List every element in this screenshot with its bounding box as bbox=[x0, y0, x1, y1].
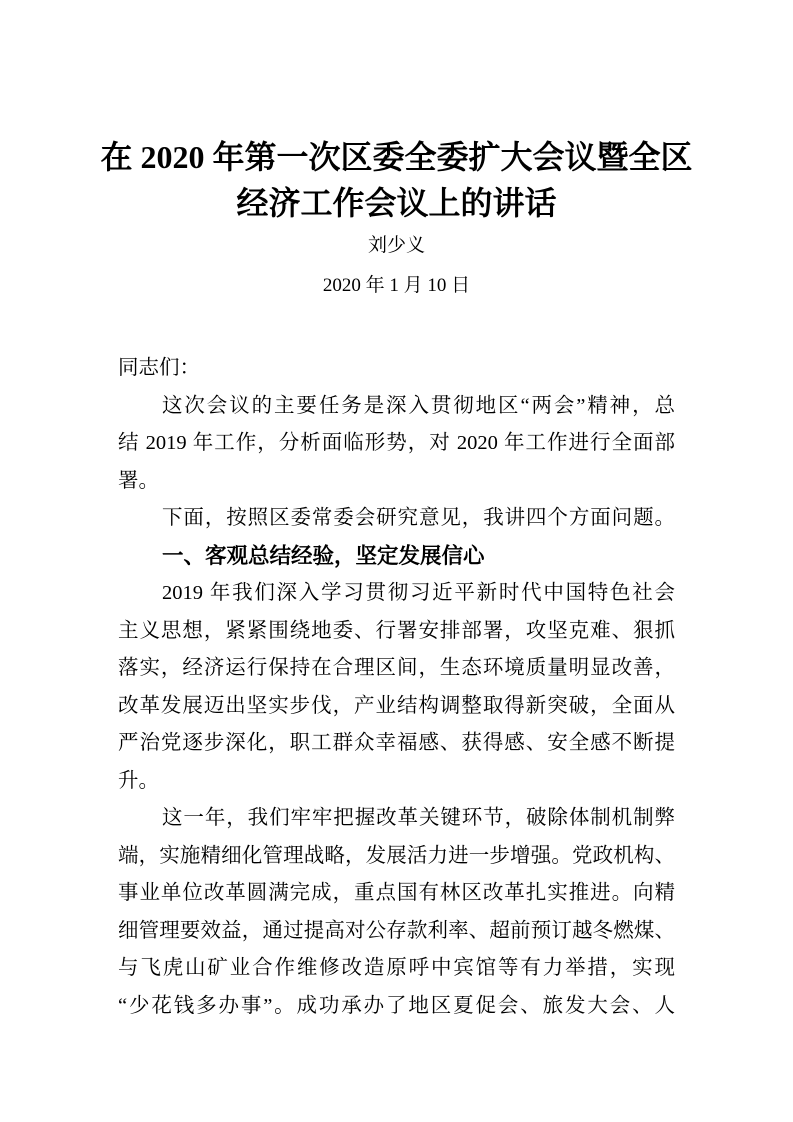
document-date: 2020 年 1 月 10 日 bbox=[118, 272, 675, 299]
title-line-2: 经济工作会议上的讲话 bbox=[84, 180, 709, 226]
paragraph: 下面，按照区委常委会研究意见，我讲四个方面问题。 bbox=[118, 500, 675, 538]
paragraph: 这一年，我们牢牢把握改革关键环节，破除体制机制弊端，实施精细化管理战略，发展活力… bbox=[118, 800, 675, 1025]
text-line: 细管理要效益，通过提高对公存款利率、超前预订越冬燃煤、 bbox=[118, 913, 675, 951]
document-content: 在 2020 年第一次区委全委扩大会议暨全区 经济工作会议上的讲话 刘少义 20… bbox=[0, 134, 793, 1025]
text-line: 同志们： bbox=[118, 350, 675, 388]
text-line: 落实，经济运行保持在合理区间，生态环境质量明显改善， bbox=[118, 650, 675, 688]
section-heading: 一、客观总结经验，坚定发展信心 bbox=[118, 538, 675, 576]
paragraph: 这次会议的主要任务是深入贯彻地区“两会”精神，总结 2019 年工作，分析面临形… bbox=[118, 388, 675, 501]
document-header: 在 2020 年第一次区委全委扩大会议暨全区 经济工作会议上的讲话 刘少义 20… bbox=[118, 134, 675, 299]
text-line: 事业单位改革圆满完成，重点国有林区改革扎实推进。向精 bbox=[118, 875, 675, 913]
text-line: 端，实施精细化管理战略，发展活力进一步增强。党政机构、 bbox=[118, 838, 675, 876]
text-line: 一、客观总结经验，坚定发展信心 bbox=[118, 538, 675, 576]
text-line: 改革发展迈出坚实步伐，产业结构调整取得新突破，全面从 bbox=[118, 688, 675, 726]
text-line: 与飞虎山矿业合作维修改造原呼中宾馆等有力举措，实现 bbox=[118, 950, 675, 988]
text-line: 署。 bbox=[118, 463, 675, 501]
text-line: 结 2019 年工作，分析面临形势，对 2020 年工作进行全面部 bbox=[118, 425, 675, 463]
document-title: 在 2020 年第一次区委全委扩大会议暨全区 经济工作会议上的讲话 bbox=[84, 134, 709, 226]
document-body: 同志们：这次会议的主要任务是深入贯彻地区“两会”精神，总结 2019 年工作，分… bbox=[118, 350, 675, 1025]
text-line: 这次会议的主要任务是深入贯彻地区“两会”精神，总 bbox=[118, 388, 675, 426]
paragraph: 2019 年我们深入学习贯彻习近平新时代中国特色社会主义思想，紧紧围绕地委、行署… bbox=[118, 575, 675, 800]
paragraph: 同志们： bbox=[118, 350, 675, 388]
text-line: 主义思想，紧紧围绕地委、行署安排部署，攻坚克难、狠抓 bbox=[118, 613, 675, 651]
text-line: 下面，按照区委常委会研究意见，我讲四个方面问题。 bbox=[118, 500, 675, 538]
text-line: “少花钱多办事”。成功承办了地区夏促会、旅发大会、人 bbox=[118, 988, 675, 1026]
text-line: 这一年，我们牢牢把握改革关键环节，破除体制机制弊 bbox=[118, 800, 675, 838]
text-line: 2019 年我们深入学习贯彻习近平新时代中国特色社会 bbox=[118, 575, 675, 613]
author-name: 刘少义 bbox=[118, 233, 675, 259]
text-line: 升。 bbox=[118, 763, 675, 801]
text-line: 严治党逐步深化，职工群众幸福感、获得感、安全感不断提 bbox=[118, 725, 675, 763]
title-line-1: 在 2020 年第一次区委全委扩大会议暨全区 bbox=[84, 134, 709, 180]
document-page: 在 2020 年第一次区委全委扩大会议暨全区 经济工作会议上的讲话 刘少义 20… bbox=[0, 0, 793, 1122]
